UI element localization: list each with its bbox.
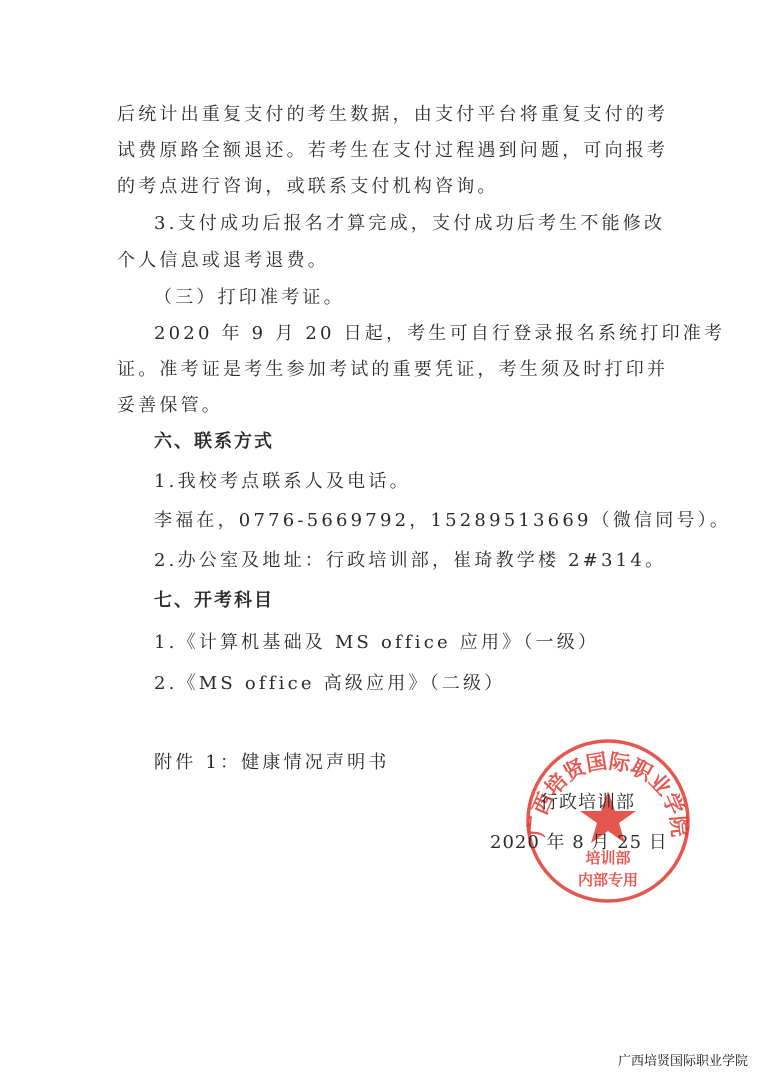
paragraph-line: 2020 年 9 月 20 日起，考生可自行登录报名系统打印准考 <box>154 323 725 345</box>
section-heading: 六、联系方式 <box>154 431 274 453</box>
paragraph-line: （三）打印准考证。 <box>154 287 345 309</box>
footer-watermark: 广西培贤国际职业学院 <box>618 1050 748 1069</box>
paragraph-line: 2.办公室及地址：行政培训部，崔琦教学楼 2#314。 <box>154 550 666 572</box>
signature-date: 2020 年 8 月 25 日 <box>490 832 668 854</box>
section-heading: 七、开考科目 <box>154 590 274 612</box>
paragraph-line: 试费原路全额退还。若考生在支付过程遇到问题，可向报考 <box>117 140 668 162</box>
paragraph-line: 妥善保管。 <box>117 395 223 417</box>
paragraph-line: 后统计出重复支付的考生数据，由支付平台将重复支付的考 <box>117 104 668 126</box>
paragraph-line: 李福在，0776-5669792，15289513669（微信同号）。 <box>154 510 731 532</box>
stamp-inner-line2: 内部专用 <box>578 871 638 889</box>
paragraph-line: 个人信息或退考退费。 <box>117 250 329 272</box>
paragraph-line: 1.我校考点联系人及电话。 <box>154 471 411 493</box>
paragraph-line: 附件 1：健康情况声明书 <box>154 752 390 774</box>
official-seal-stamp: 广西培贤国际职业学院 培训部 内部专用 <box>520 735 696 903</box>
signature-department: 行政培训部 <box>540 792 635 814</box>
paragraph-line: 1.《计算机基础及 MS office 应用》（一级） <box>154 632 599 654</box>
paragraph-line: 的考点进行咨询，或联系支付机构咨询。 <box>117 176 499 198</box>
paragraph-line: 2.《MS office 高级应用》（二级） <box>154 673 505 695</box>
paragraph-line: 3.支付成功后报名才算完成，支付成功后考生不能修改 <box>154 213 665 235</box>
paragraph-line: 证。准考证是考生参加考试的重要凭证，考生须及时打印并 <box>117 359 668 381</box>
